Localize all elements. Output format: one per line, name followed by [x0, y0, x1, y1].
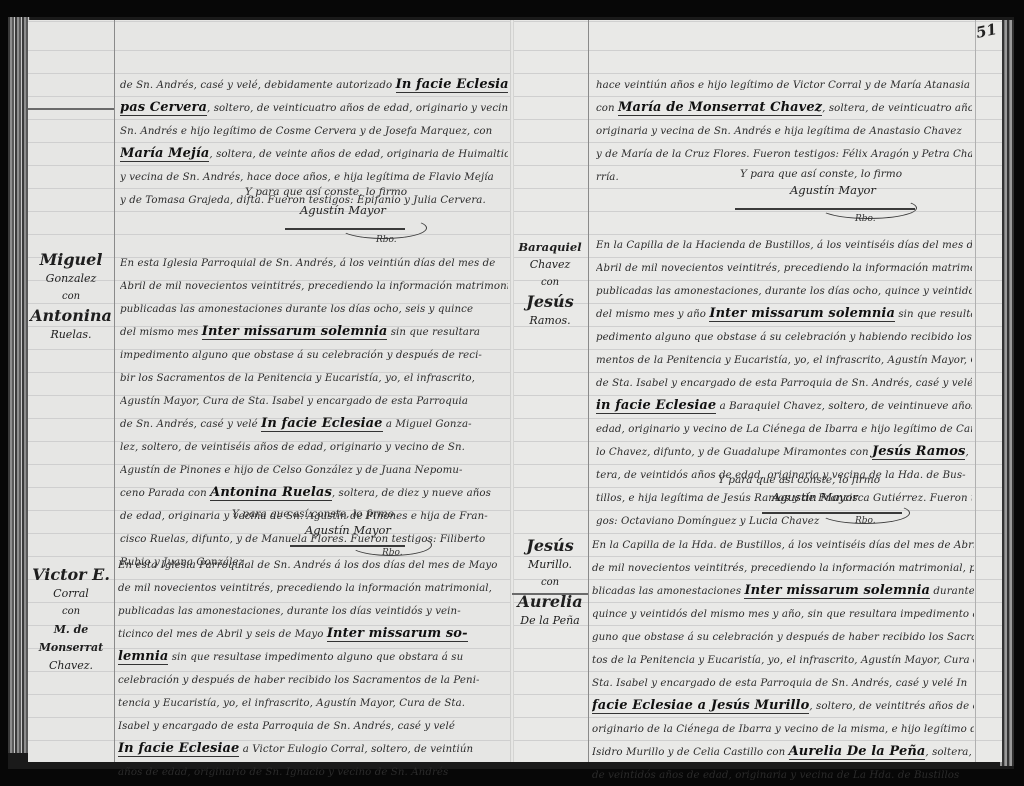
register-line: de Sta. Isabel y encargado de esta Parro…: [596, 371, 972, 394]
line-text: pedimento alguno que obstase á su celebr…: [596, 332, 972, 343]
line-text: lo Chavez, difunto, y de Guadalupe Miram…: [596, 447, 872, 458]
line-text: quince y veintidós del mismo mes y año, …: [592, 609, 974, 620]
groom-surname: Murillo.: [512, 556, 588, 574]
register-line: de mil novecientos veintitrés, precedien…: [592, 556, 974, 579]
register-line: de veintidós años de edad, originaria y …: [592, 763, 974, 786]
line-text: tencia y Eucaristía, yo, el infrascrito,…: [118, 698, 465, 709]
line-text: En la Capilla de la Hda. de Bustillos, á…: [592, 540, 974, 551]
underlined-phrase: In facie Eclesiae: [118, 741, 239, 757]
rubric: Rbo.: [855, 214, 876, 224]
underlined-phrase: in facie Eclesiae: [596, 398, 716, 414]
register-line: de Sn. Andrés, casé y velé In facie Ecle…: [120, 412, 508, 435]
closing-formula: Y para que así conste, lo firmo: [245, 186, 407, 198]
line-text: publicadas las amonestaciones, durante l…: [118, 606, 461, 617]
underlined-phrase: Antonina Ruelas: [210, 485, 332, 501]
underlined-phrase: facie Eclesiae a Jesús Murillo: [592, 698, 809, 714]
register-line: bir los Sacramentos de la Penitencia y E…: [120, 366, 508, 389]
right-margin-rule: [588, 20, 589, 762]
right-edge-rule: [975, 20, 976, 762]
line-text: originario de la Ciénega de Ibarra y vec…: [592, 724, 974, 735]
bride-surname: Ramos.: [512, 312, 588, 330]
register-line: En esta Iglesia Parroquial de Sn. Andrés…: [120, 251, 508, 274]
register-line: Abril de mil novecientos veintitrés, pre…: [596, 256, 972, 279]
register-line: guno que obstase á su celebración y desp…: [592, 625, 974, 648]
register-line: publicadas las amonestaciones durante lo…: [120, 297, 508, 320]
register-line: In facie Eclesiae a Victor Eulogio Corra…: [118, 737, 508, 760]
register-line: y vecina de Sn. Andrés, hace doce años, …: [120, 165, 508, 188]
line-text: rría.: [596, 172, 619, 183]
groom-first-name: Jesús: [512, 536, 588, 556]
register-line: publicadas las amonestaciones, durante l…: [596, 279, 972, 302]
bride-first-name: Aurelia: [512, 592, 588, 612]
line-text: guno que obstase á su celebración y desp…: [592, 632, 974, 643]
register-line: Isabel y encargado de esta Parroquia de …: [118, 714, 508, 737]
right-entry-1-body: En la Capilla de la Hacienda de Bustillo…: [596, 233, 972, 532]
register-line: celebración y después de haber recibido …: [118, 668, 508, 691]
page-edges-right: [1000, 20, 1014, 766]
underlined-phrase: Inter missarum solemnia: [709, 306, 895, 322]
register-line: con María de Monserrat Chavez, soltera, …: [596, 96, 972, 119]
con-word: con: [30, 288, 112, 306]
con-word: con: [512, 274, 588, 292]
line-text: y vecina de Sn. Andrés, hace doce años, …: [120, 172, 494, 183]
underlined-phrase: María Mejía: [120, 146, 209, 162]
register-line: Abril de mil novecientos veintitrés, pre…: [120, 274, 508, 297]
closing-formula: Y para que así conste, lo firmo: [718, 474, 880, 486]
line-text: a Baraquiel Chavez, soltero, de veintinu…: [716, 401, 972, 412]
line-text: publicadas las amonestaciones, durante l…: [596, 286, 972, 297]
left-margin-rule: [114, 20, 115, 762]
register-line: del mismo mes Inter missarum solemnia si…: [120, 320, 508, 343]
line-text: Sta. Isabel y encargado de esta Parroqui…: [592, 678, 967, 689]
register-line: originario de la Ciénega de Ibarra y vec…: [592, 717, 974, 740]
register-line: años de edad, originario de Sn. Ignacio …: [118, 760, 508, 783]
register-line: del mismo mes y año Inter missarum solem…: [596, 302, 972, 325]
register-line: ceno Parada con Antonina Ruelas, soltera…: [120, 481, 508, 504]
line-text: blicadas las amonestaciones: [592, 586, 744, 597]
line-text: , sol-: [965, 447, 972, 458]
line-text: Isabel y encargado de esta Parroquia de …: [118, 721, 455, 732]
register-line: En la Capilla de la Hacienda de Bustillo…: [596, 233, 972, 256]
register-line: tos de la Penitencia y Eucaristía, yo, e…: [592, 648, 974, 671]
groom-surname: Gonzalez: [30, 270, 112, 288]
line-text: , soltera, de diez y nueve años: [332, 488, 491, 499]
register-line: lo Chavez, difunto, y de Guadalupe Miram…: [596, 440, 972, 463]
line-text: , soltera, de veinticuatro años de edad,: [822, 103, 972, 114]
register-line: Sn. Andrés e hijo legítimo de Cosme Cerv…: [120, 119, 508, 142]
register-line: in facie Eclesiae a Baraquiel Chavez, so…: [596, 394, 972, 417]
line-text: de mil novecientos veintitrés, precedien…: [118, 583, 492, 594]
con-word: con: [30, 603, 112, 621]
register-line: edad, originario y vecino de La Ciénega …: [596, 417, 972, 440]
line-text: y de María de la Cruz Flores. Fueron tes…: [596, 149, 972, 160]
underlined-phrase: pas Cervera: [120, 100, 207, 116]
underlined-phrase: lemnia: [118, 649, 168, 665]
line-text: celebración y después de haber recibido …: [118, 675, 480, 686]
right-entry-2-body: En la Capilla de la Hda. de Bustillos, á…: [592, 533, 974, 786]
underlined-phrase: Jesús Ramos: [872, 444, 965, 460]
register-line: mentos de la Penitencia y Eucaristía, yo…: [596, 348, 972, 371]
register-line: lemnia sin que resultase impedimento alg…: [118, 645, 508, 668]
groom-first-name: Miguel: [30, 250, 112, 270]
left-entry-2-body: En esta Iglesia Parroquial de Sn. Andrés…: [118, 553, 508, 783]
line-text: , soltera,: [925, 747, 971, 758]
closing-formula: Y para que así conste, lo firmo: [740, 168, 902, 180]
closing-formula: Y para que así conste, lo firmo: [232, 508, 394, 520]
groom-first-name: Baraquiel: [512, 238, 588, 256]
bride-first-name: Jesús: [512, 292, 588, 312]
register-line: quince y veintidós del mismo mes y año, …: [592, 602, 974, 625]
line-text: durante los días ocho,: [930, 586, 974, 597]
register-line: María Mejía, soltera, de veinte años de …: [120, 142, 508, 165]
underlined-phrase: Inter missarum so-: [327, 626, 468, 642]
line-text: a Victor Eulogio Corral, soltero, de vei…: [239, 744, 473, 755]
line-text: , soltero, de veintitrés años de edad,: [809, 701, 974, 712]
bride-first-name: M. de Monserrat: [30, 621, 112, 657]
groom-first-name: Victor E.: [30, 565, 112, 585]
line-text: de mil novecientos veintitrés, precedien…: [592, 563, 974, 574]
bride-first-name: Antonina: [30, 306, 112, 326]
rubric: Rbo.: [855, 516, 876, 526]
register-line: pas Cervera, soltero, de veinticuatro añ…: [120, 96, 508, 119]
line-text: sin que resultase impedimento alguno que…: [168, 652, 463, 663]
rubric: Rbo.: [376, 235, 397, 245]
register-line: Agustín de Pinones e hijo de Celso Gonzá…: [120, 458, 508, 481]
bride-surname: Chavez.: [30, 657, 112, 675]
register-line: tencia y Eucaristía, yo, el infrascrito,…: [118, 691, 508, 714]
underlined-phrase: In facie Eclesiae: [261, 416, 382, 432]
register-line: de mil novecientos veintitrés, precedien…: [118, 576, 508, 599]
register-line: lez, soltero, de veintiséis años de edad…: [120, 435, 508, 458]
line-text: originaria y vecina de Sn. Andrés e hija…: [596, 126, 962, 137]
line-text: de Sn. Andrés, casé y velé: [120, 419, 261, 430]
register-line: originaria y vecina de Sn. Andrés e hija…: [596, 119, 972, 142]
line-text: lez, soltero, de veintiséis años de edad…: [120, 442, 465, 453]
underlined-phrase: Inter missarum solemnia: [202, 324, 388, 340]
register-line: En esta Iglesia Parroquial de Sn. Andrés…: [118, 553, 508, 576]
margin-names-entry-2: Victor E. Corral con M. de Monserrat Cha…: [30, 565, 112, 675]
line-text: En esta Iglesia Parroquial de Sn. Andrés…: [118, 560, 498, 571]
con-word: con: [512, 574, 588, 592]
line-text: años de edad, originario de Sn. Ignacio …: [118, 767, 448, 778]
register-line: publicadas las amonestaciones, durante l…: [118, 599, 508, 622]
register-line: facie Eclesiae a Jesús Murillo, soltero,…: [592, 694, 974, 717]
line-text: mentos de la Penitencia y Eucaristía, yo…: [596, 355, 972, 366]
line-text: , soltera, de veinte años de edad, origi…: [209, 149, 508, 160]
line-text: Sn. Andrés e hijo legítimo de Cosme Cerv…: [120, 126, 492, 137]
line-text: tos de la Penitencia y Eucaristía, yo, e…: [592, 655, 974, 666]
priest-signature: Agustín Mayor: [300, 203, 386, 217]
line-text: edad, originario y vecino de La Ciénega …: [596, 424, 972, 435]
margin-separator: [28, 108, 114, 110]
underlined-phrase: Inter missarum solemnia: [744, 583, 930, 599]
line-text: gos: Octaviano Domínguez y Lucia Chavez: [596, 516, 819, 527]
line-text: sin que resultara im-: [895, 309, 972, 320]
register-line: pedimento alguno que obstase á su celebr…: [596, 325, 972, 348]
line-text: publicadas las amonestaciones durante lo…: [120, 304, 473, 315]
register-line: Agustín Mayor, Cura de Sta. Isabel y enc…: [120, 389, 508, 412]
line-text: impedimento alguno que obstase á su cele…: [120, 350, 482, 361]
line-text: de Sn. Andrés, casé y velé, debidamente …: [120, 80, 396, 91]
priest-signature: Agustín Mayor: [772, 490, 858, 504]
groom-surname: Chavez: [512, 256, 588, 274]
margin-names-entry-1: Baraquiel Chavez con Jesús Ramos.: [512, 238, 588, 330]
line-text: Abril de mil novecientos veintitrés, pre…: [596, 263, 972, 274]
register-line: de Sn. Andrés, casé y velé, debidamente …: [120, 73, 508, 96]
underlined-phrase: Aurelia De la Peña: [789, 744, 926, 760]
underlined-phrase: In facie Eclesiae: [396, 77, 508, 93]
register-line: impedimento alguno que obstase á su cele…: [120, 343, 508, 366]
margin-names-entry-2: Jesús Murillo. con Aurelia De la Peña: [512, 536, 588, 630]
line-text: Abril de mil novecientos veintitrés, pre…: [120, 281, 508, 292]
margin-names-entry-1: Miguel Gonzalez con Antonina Ruelas.: [30, 250, 112, 344]
line-text: ceno Parada con: [120, 488, 210, 499]
underlined-phrase: María de Monserrat Chavez: [618, 100, 822, 116]
line-text: de veintidós años de edad, originaria y …: [592, 770, 959, 781]
line-text: del mismo mes: [120, 327, 202, 338]
register-line: y de María de la Cruz Flores. Fueron tes…: [596, 142, 972, 165]
line-text: En la Capilla de la Hacienda de Bustillo…: [596, 240, 972, 251]
groom-surname: Corral: [30, 585, 112, 603]
register-line: Isidro Murillo y de Celia Castillo con A…: [592, 740, 974, 763]
line-text: del mismo mes y año: [596, 309, 709, 320]
register-line: ticinco del mes de Abril y seis de Mayo …: [118, 622, 508, 645]
line-text: de Sta. Isabel y encargado de esta Parro…: [596, 378, 972, 389]
line-text: con: [596, 103, 618, 114]
book-gutter: [510, 20, 514, 762]
line-text: a Miguel Gonza-: [383, 419, 472, 430]
line-text: , soltero, de veinticuatro años de edad,…: [207, 103, 508, 114]
page-edges-left: [8, 17, 30, 753]
line-text: Agustín Mayor, Cura de Sta. Isabel y enc…: [120, 396, 468, 407]
register-line: blicadas las amonestaciones Inter missar…: [592, 579, 974, 602]
line-text: sin que resultara: [387, 327, 480, 338]
register-line: hace veintiún años e hijo legítimo de Vi…: [596, 73, 972, 96]
line-text: En esta Iglesia Parroquial de Sn. Andrés…: [120, 258, 495, 269]
register-line: En la Capilla de la Hda. de Bustillos, á…: [592, 533, 974, 556]
bride-surname: De la Peña: [512, 612, 588, 630]
line-text: Agustín de Pinones e hijo de Celso Gonzá…: [120, 465, 463, 476]
bride-surname: Ruelas.: [30, 326, 112, 344]
register-line: Sta. Isabel y encargado de esta Parroqui…: [592, 671, 974, 694]
line-text: bir los Sacramentos de la Penitencia y E…: [120, 373, 475, 384]
line-text: Isidro Murillo y de Celia Castillo con: [592, 747, 789, 758]
line-text: ticinco del mes de Abril y seis de Mayo: [118, 629, 327, 640]
line-text: hace veintiún años e hijo legítimo de Vi…: [596, 80, 972, 91]
priest-signature: Agustín Mayor: [790, 183, 876, 197]
